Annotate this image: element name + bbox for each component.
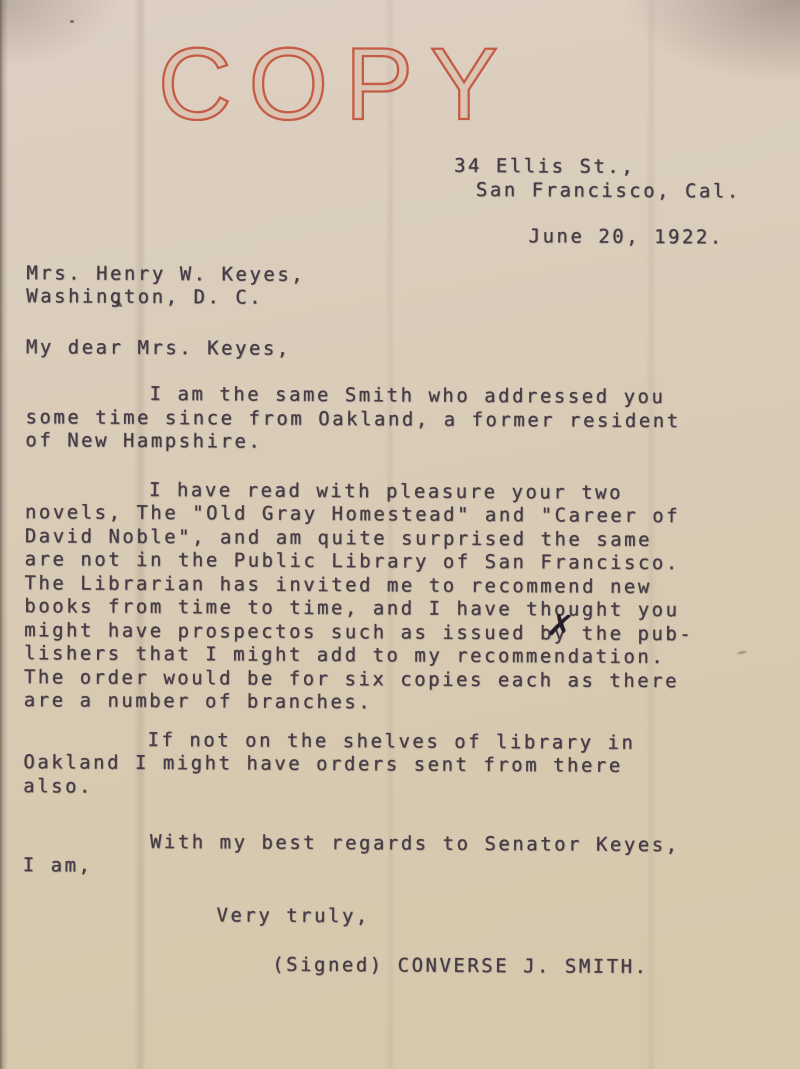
- recipient-address: Mrs. Henry W. Keyes,Washington, D. C.: [26, 262, 778, 314]
- typed-letter-body: 34 Ellis St.,San Francisco, Cal. June 20…: [0, 0, 800, 1069]
- closing-regards: With my best regards to Senator Keyes,I …: [23, 830, 775, 882]
- body-paragraph-3: If not on the shelves of library inOakla…: [23, 728, 775, 803]
- signature-line: (Signed) CONVERSE J. SMITH.: [272, 953, 774, 980]
- typed-line: of New Hampshire.: [25, 429, 777, 457]
- body-paragraph-2: I have read with pleasure your twonovels…: [24, 478, 777, 718]
- letter-scan: COPY 34 Ellis St.,San Francisco, Cal. Ju…: [0, 0, 800, 1069]
- paper-speck: [70, 20, 74, 23]
- typed-line: Washington, D. C.: [26, 285, 778, 313]
- body-paragraph-1: I am the same Smith who addressed yousom…: [25, 382, 777, 457]
- overstrike-mark: ✗: [546, 613, 578, 640]
- typed-line: 34 Ellis St.,: [454, 155, 779, 180]
- date-line: June 20, 1922.: [528, 225, 778, 250]
- sender-address: 34 Ellis St.,San Francisco, Cal.: [454, 155, 779, 204]
- typed-line: I am,: [23, 854, 775, 882]
- complimentary-close: Very truly,: [216, 904, 774, 931]
- typed-line: San Francisco, Cal.: [454, 178, 779, 203]
- typed-line: Oakland I might have orders sent from th…: [23, 751, 775, 779]
- typed-line: are a number of branches.: [24, 689, 776, 717]
- salutation: My dear Mrs. Keyes,: [26, 336, 778, 364]
- typed-line: also.: [23, 775, 775, 803]
